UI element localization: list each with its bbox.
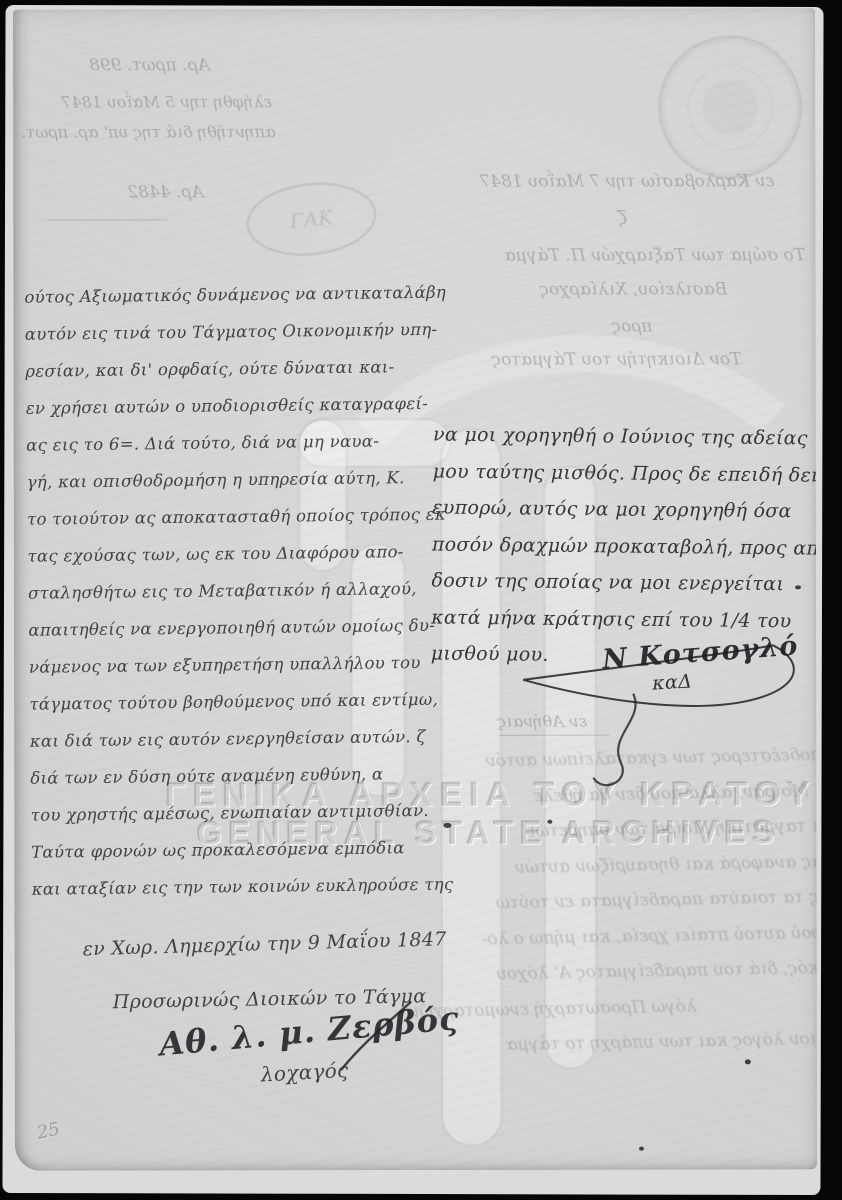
manuscript-line: και διά των εις αυτόν ενεργηθείσαν αυτών… [30,718,434,760]
right-text-column: να μοι χορηγηθή ο Ιούνιος της αδείας μου… [431,417,817,677]
bleedthrough-registry-number: Αρ. πρωτ. 998 [89,55,210,75]
manuscript-line: δοσιν της οποίας να μοι ενεργείται [431,563,817,604]
bleedthrough-reply-note: απηντήθη διά της υπ' αρ. πρωτ. [21,122,276,141]
gak-emblem-bar [300,420,346,570]
verso-line: γικός, διά του παραδείγματος Α' λόχου [436,951,817,994]
right-signature-name: Ν Κοτσογλό [601,631,799,676]
verso-body-block: υποδεέστερος των εγκαταλείπων αυτόν Β. Μ… [432,738,817,1065]
ink-speck [443,823,451,828]
verso-place-note: εν Αθήναις [497,712,587,731]
ink-speck [795,585,801,589]
verso-place-underline [499,735,609,736]
scanned-document-image: ΓΕΝΙΚΑ ΑΡΧΕΙΑ ΤΟΥ ΚΡΑΤΟΥΣ GENERAL STATE … [0,0,842,1200]
oval-stamp-label: ΓΑΚ [289,205,335,233]
verso-line: αφού αυτού πταίει χρεία, και μήπω ο λο- [435,915,817,958]
closing-place-date: εν Χωρ. Λημερχίω την 9 Μαΐου 1847 [82,928,446,960]
verso-line: μας αναφορά και θησαυρίζων αυτών [434,844,817,887]
gak-emblem-bar [442,430,501,1145]
bleedthrough-file-number: Αρ. 4482 [127,182,203,202]
verso-heading-recipient: Τον Διοικητήν του Τάγματος [492,349,742,369]
gak-emblem-bar [300,420,450,466]
pencil-page-number: 25 [35,1118,62,1143]
manuscript-line: τάγματος τούτου βοηθούμενος υπό και εντί… [29,681,433,723]
ink-speck [547,820,552,824]
manuscript-line: γή, και οπισθοδρομήση η υπηρεσία αύτη, Κ… [26,459,430,501]
manuscript-line: σταλησθήτω εις το Μεταβατικόν ή αλλαχού, [28,570,432,612]
left-signature-rank: λοχαγός [260,1058,349,1087]
manuscript-line: το τοιούτον ας αποκατασταθή οποίος τρόπο… [27,496,431,538]
manuscript-line: μισθού μου. [431,636,817,677]
verso-line: υποδεέστερος των εγκαταλείπων αυτόν [432,738,817,781]
manuscript-line: ούτος Αξιωματικός δυνάμενος να αντικαταλ… [24,274,428,316]
manuscript-line: ας εις το 6=. Διά τούτο, διά να μη ναυα- [26,422,430,464]
verso-line: άξιον λόγος και των υπάρχη το τάγμα [437,1022,817,1065]
manuscript-line: του χρηστής αμέσως, ενωπιαίαν αντιμισθία… [31,792,435,834]
left-signature-flourish [331,1000,421,1080]
left-text-column: ούτος Αξιωματικός δυνάμενος να αντικαταλ… [24,274,436,908]
manuscript-line: ευπορώ, αυτός να μοι χορηγηθή όσα [432,490,817,531]
verso-line: Νι ταγματική Μοίρα των υπηρετών [433,809,817,852]
ink-speck [639,1147,644,1151]
manuscript-line: διά των εν δύση ούτε αναμένη ευθύνη, α [30,755,434,797]
archive-watermark-greek: ΓΕΝΙΚΑ ΑΡΧΕΙΑ ΤΟΥ ΚΡΑΤΟΥΣ [165,775,817,815]
bleedthrough-received-note: ελήφθη την 5 Μαΐου 1847 [61,92,272,111]
manuscript-line: να μοι χορηγηθή ο Ιούνιος της αδείας [433,417,817,458]
manuscript-line: απαιτηθείς να ενεργοποιηθή αυτών ομοίως … [28,607,432,649]
right-signature-secondary: καΔ [652,670,693,694]
verso-heading-sender: Το σώμα των Ταξιαρχών Π. Τάγμα [504,245,805,266]
verso-line: Β. Μοίραν, αλλά που δεν θα ήθελε [432,773,817,816]
manuscript-line: ποσόν δραχμών προκαταβολή, προς από- [432,526,817,567]
closing-capacity: Προσωρινώς Διοικών το Τάγμα [113,985,427,1013]
gak-emblem-bar [352,545,404,795]
manuscript-line: και αταξίαν εις την των κοινών ευκληρούσ… [31,866,435,908]
manuscript-line: αυτόν εις τινά του Τάγματος Οικονομικήν … [25,311,429,353]
verso-heading-mark: ζ [617,208,627,229]
gak-emblem-arc [276,324,817,829]
bleedthrough-underline [47,219,167,220]
verso-line: εις τα τοιαύτα παραδείγματα εν τούτω [434,880,817,923]
verso-line: λόγω Προσωταρχή ενωμοταρχών [436,986,817,1029]
manuscript-page: ΓΕΝΙΚΑ ΑΡΧΕΙΑ ΤΟΥ ΚΡΑΤΟΥΣ GENERAL STATE … [13,8,817,1170]
manuscript-line: εν χρήσει αυτών ο υποδιορισθείς καταγραφ… [26,385,430,427]
manuscript-line: μου ταύτης μισθός. Προς δε επειδή δεν [433,453,818,494]
verso-heading-pros: προς [612,317,653,337]
right-signature-flourish [505,627,817,808]
manuscript-line: Ταύτα φρονών ως προκαλεσόμενα εμπόδια [31,829,435,871]
manuscript-line: νάμενος να των εξυπηρετήση υπαλλήλου του [29,644,433,686]
verso-heading-sender2: Βασιλείου, Χιλίαρχος [539,279,727,299]
oval-ink-stamp: ΓΑΚ [243,176,380,261]
ink-speck [745,1059,751,1064]
archive-watermark-english: GENERAL STATE ARCHIVES [196,813,780,852]
manuscript-line: κατά μήνα κράτησις επί του 1/4 του [431,599,817,640]
gak-emblem-bar [545,468,596,1068]
left-signature: Αθ. λ. μ. Ζερβός [158,999,461,1064]
manuscript-line: ρεσίαν, και δι' ορφδαίς, ούτε δύναται κα… [25,348,429,390]
embossed-round-stamp [658,35,802,179]
manuscript-line: τας εχούσας των, ως εκ του Διαφόρου απο- [27,533,431,575]
verso-heading-date: εν Καρλοβασίω την 7 Μαΐου 1847 [479,171,774,192]
